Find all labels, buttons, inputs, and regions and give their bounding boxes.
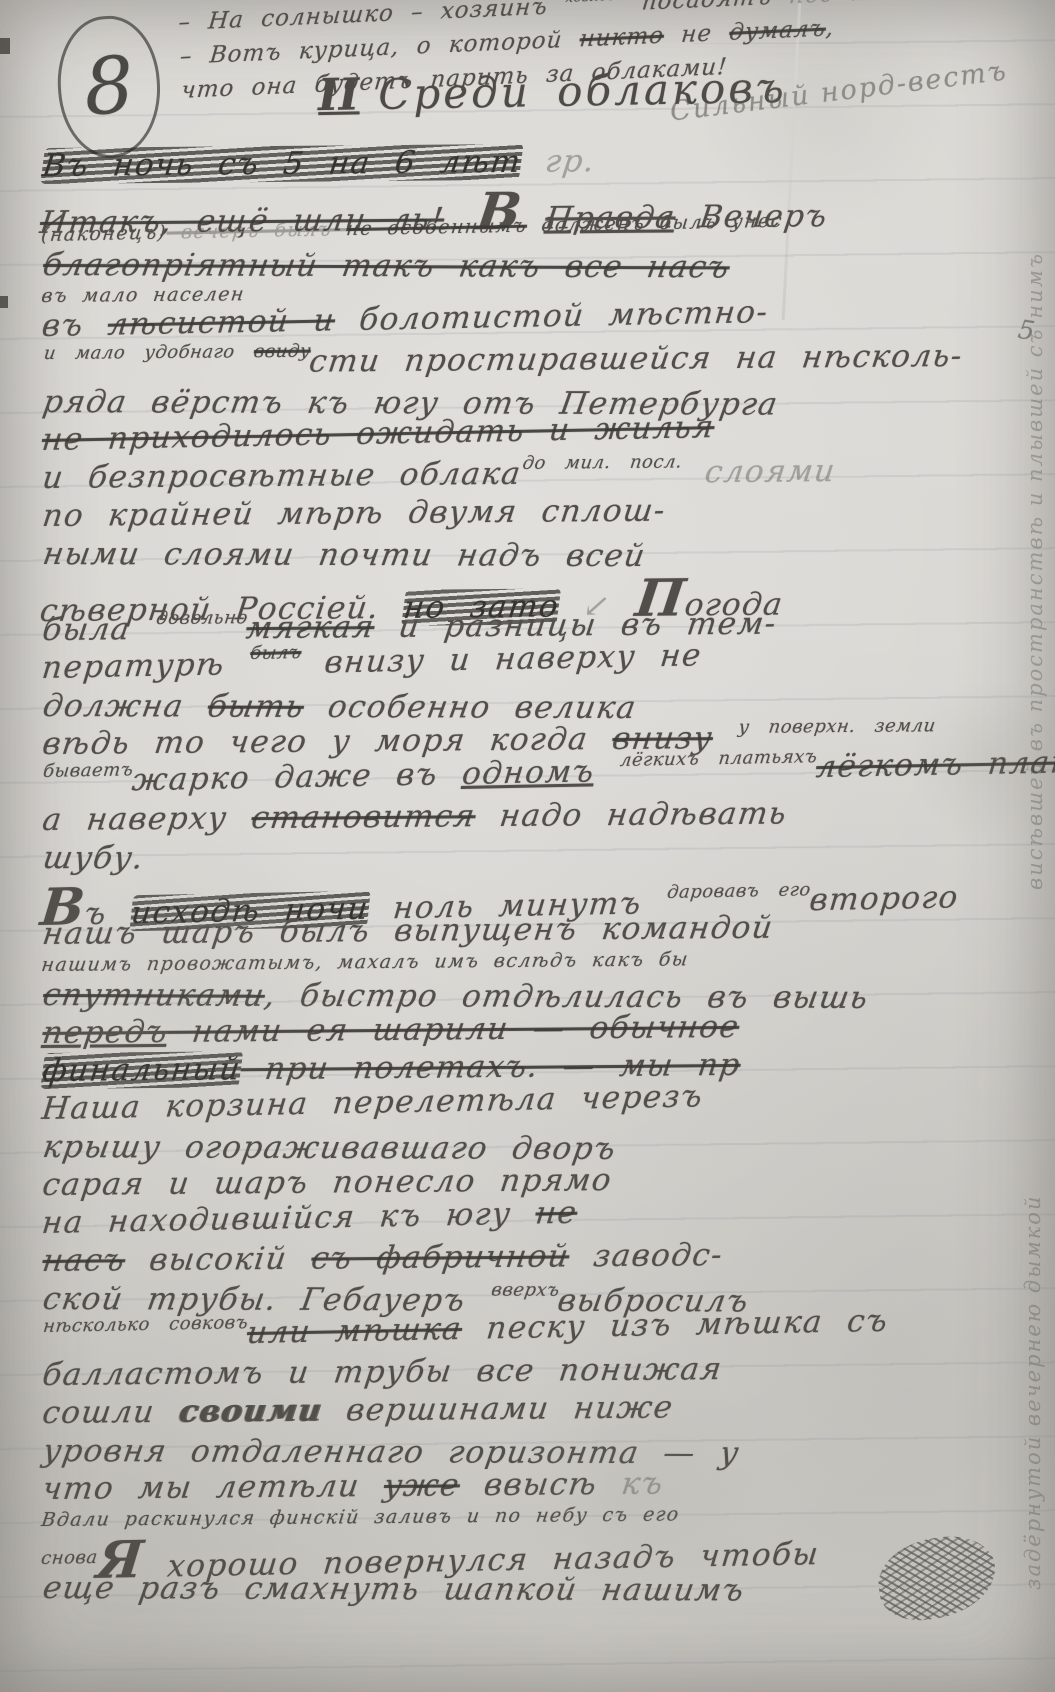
text-segment: внизу и наверху не bbox=[298, 637, 703, 681]
scan-edge-mark bbox=[0, 38, 10, 54]
text-segment: посадятъ bbox=[623, 0, 790, 16]
manuscript-line: сошли своими вершинами ниже bbox=[40, 1386, 1047, 1433]
page-number-circled: 8 bbox=[53, 13, 165, 162]
struck-text-segment: вечеръ былъ bbox=[166, 218, 348, 243]
text-segment: песку изъ мѣшка съ bbox=[460, 1303, 890, 1347]
text-segment bbox=[593, 753, 621, 789]
struck-text-segment: становится bbox=[249, 798, 478, 836]
text-segment: а наверху bbox=[40, 800, 254, 838]
text-segment: (наконецъ) bbox=[40, 222, 168, 246]
text-segment: въ bbox=[40, 307, 110, 344]
text-segment: нашъ шаръ былъ выпущенъ командой bbox=[40, 910, 775, 952]
text-segment: бываетъ bbox=[42, 759, 134, 782]
text-segment: и безпросвѣтные облака bbox=[40, 456, 523, 496]
text-segment: ввысѣ bbox=[458, 1466, 624, 1503]
text-segment: надо надѣвать bbox=[473, 796, 789, 835]
struck-text-segment: быть bbox=[205, 689, 307, 725]
struck-text-segment: нами ея шарили — обычное bbox=[166, 1009, 742, 1050]
struck-text-segment: ввиду bbox=[253, 340, 313, 361]
margin-vertical-note-upper: висѣвшей въ пространствѣ и плывшей съ ни… bbox=[1023, 290, 1047, 890]
struck-text-segment: передъ bbox=[40, 1014, 170, 1051]
page-number: 8 bbox=[81, 40, 137, 133]
text-segment: нѣсколько совковъ bbox=[42, 1312, 249, 1337]
manuscript-line: а наверху становится надо надѣвать bbox=[40, 793, 1047, 840]
text-segment: къ bbox=[619, 1466, 666, 1502]
struck-text-segment: мягкая bbox=[244, 609, 377, 646]
manuscript-line: и мало удобнаго ввидусти простиравшейся … bbox=[40, 337, 1047, 384]
text-segment: Въ ночь съ 5 на 6 лѣт bbox=[40, 144, 523, 184]
text-segment: должна bbox=[40, 688, 211, 725]
text-segment: еще разъ смахнуть шапкой нашимъ bbox=[40, 1570, 747, 1608]
text-segment: и мало удобнаго bbox=[43, 341, 256, 364]
text-segment: шубу. bbox=[40, 840, 147, 876]
text-segment: жарко даже въ bbox=[130, 756, 464, 798]
text-segment: финальный bbox=[40, 1051, 243, 1089]
text-segment: заводс- bbox=[567, 1237, 726, 1274]
text-segment: , bbox=[825, 15, 836, 41]
struck-text-segment: былъ bbox=[249, 642, 302, 664]
struck-text-segment: не особеннымъ bbox=[345, 215, 528, 240]
text-segment: долженъ былъ унес bbox=[526, 210, 784, 237]
struck-text-segment: насъ bbox=[40, 1242, 127, 1279]
struck-text-segment: лѣсистой и bbox=[106, 302, 337, 342]
text-segment: своими bbox=[177, 1393, 325, 1430]
struck-text-segment: думалъ bbox=[728, 16, 827, 46]
text-segment: нашимъ провожатымъ, махалъ имъ вслѣдъ ка… bbox=[40, 948, 690, 976]
text-segment: не bbox=[663, 20, 731, 49]
text-segment: лёгкихъ платьяхъ bbox=[619, 746, 818, 771]
text-segment: даровавъ его bbox=[666, 879, 812, 903]
struck-text-segment: спутниками bbox=[40, 977, 267, 1014]
text-segment: въ мало населен bbox=[40, 283, 246, 307]
manuscript-page: 8 – На солнышко – хозяинъ хозяевъ посадя… bbox=[0, 0, 1055, 1692]
text-segment: довольно bbox=[155, 607, 249, 629]
text-segment: ными слоями почти надъ всей bbox=[40, 536, 648, 574]
text-segment: снова bbox=[40, 1547, 99, 1569]
manuscript-line: насъ высокій съ фабричной заводс- bbox=[40, 1234, 1047, 1281]
text-segment: крышу огораживавшаго дворъ bbox=[40, 1129, 619, 1167]
chapter-numeral: II bbox=[318, 69, 360, 121]
text-segment: пературѣ bbox=[40, 646, 251, 686]
text-segment: высокій bbox=[123, 1241, 314, 1279]
struck-text-segment: или мѣшка bbox=[245, 1311, 464, 1351]
text-segment: болотистой мѣстно- bbox=[333, 294, 770, 338]
margin-vertical-note-lower: задёрнутой вечернею дымкой bbox=[1021, 1030, 1045, 1590]
text-segment: у поверхн. земли bbox=[737, 715, 937, 738]
scan-edge-mark bbox=[0, 296, 8, 308]
text-segment: была bbox=[40, 611, 157, 648]
text-segment: что мы летѣли bbox=[40, 1468, 386, 1507]
text-segment: сти простиравшейся на нѣсколь- bbox=[307, 338, 965, 380]
struck-text-segment: лёгкомъ платьѣ bbox=[814, 743, 1055, 785]
text-segment: вверхъ bbox=[490, 1279, 562, 1300]
struck-text-segment: уже bbox=[382, 1467, 463, 1504]
text-segment: слоями bbox=[678, 453, 838, 490]
text-segment: сошли bbox=[40, 1394, 181, 1431]
text-segment: до мил. посл. bbox=[521, 451, 683, 473]
text-segment: одномъ bbox=[460, 753, 596, 792]
text-segment: гр. bbox=[519, 143, 598, 180]
struck-text-segment: хозяевъ bbox=[565, 0, 626, 6]
text-segment: балластомъ и трубы все понижая bbox=[40, 1351, 724, 1393]
struck-text-segment: не bbox=[534, 1195, 579, 1232]
manuscript-body: Въ ночь съ 5 на 6 лѣт гр.Итакъ, ещё шли … bbox=[40, 148, 1041, 1608]
text-segment: по крайней мѣрѣ двумя сплош- bbox=[40, 493, 668, 534]
text-segment: нес надъ bbox=[788, 0, 915, 9]
text-segment: вершинами ниже bbox=[320, 1390, 676, 1429]
struck-text-segment: никто bbox=[578, 23, 665, 53]
manuscript-line: по крайней мѣрѣ двумя сплош- bbox=[40, 489, 1047, 536]
struck-text-segment: съ фабричной bbox=[309, 1238, 572, 1276]
